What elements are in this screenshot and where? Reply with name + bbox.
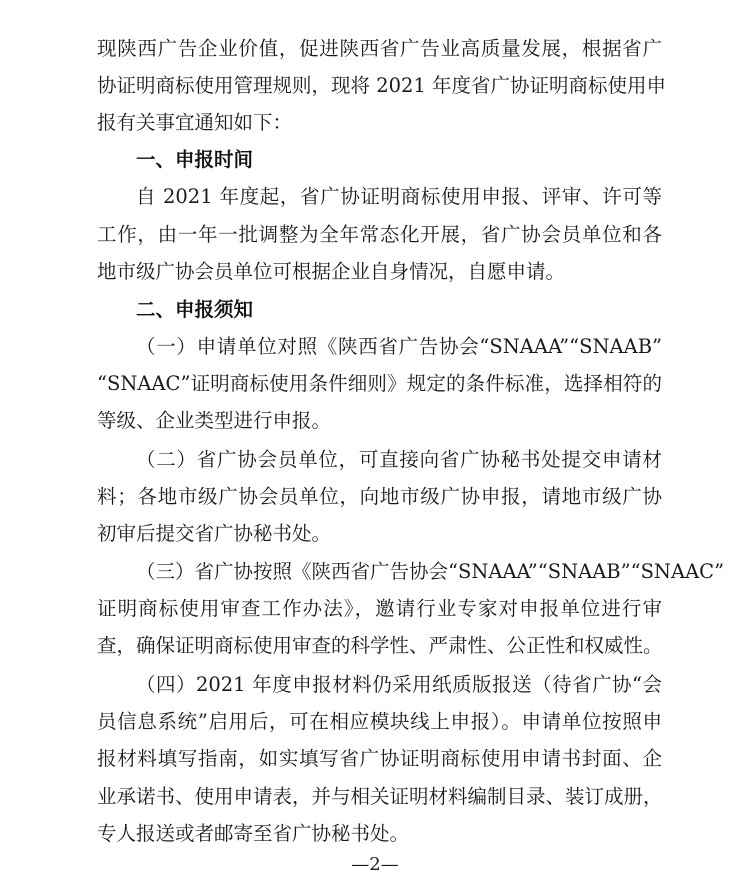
item2-line-2: 料；各地市级广协会员单位，向地市级广协申报，请地市级广协 (97, 482, 662, 512)
page-number: —2— (0, 852, 750, 878)
section-heading-application-notes: 二、申报须知 (136, 295, 253, 325)
item1-line-1: （一）申请单位对照《陕西省广告协会“SNAAA”“SNAAB” (136, 332, 662, 362)
intro-line-1: 现陕西广告企业价值，促进陕西省广告业高质量发展，根据省广 (97, 34, 662, 64)
item3-line-2: 证明商标使用审查工作办法》，邀请行业专家对申报单位进行审 (97, 594, 662, 624)
section1-line-1: 自 2021 年度起，省广协证明商标使用申报、评审、许可等 (136, 182, 662, 212)
item4-line-2: 员信息系统”启用后，可在相应模块线上申报）。申请单位按照申 (97, 707, 662, 737)
item2-line-3: 初审后提交省广协秘书处。 (97, 519, 662, 549)
item3-line-3: 查，确保证明商标使用审查的科学性、严肃性、公正性和权威性。 (97, 631, 662, 661)
item4-line-4: 业承诺书、使用申请表，并与相关证明材料编制目录、装订成册， (97, 782, 662, 812)
document-page: 现陕西广告企业价值，促进陕西省广告业高质量发展，根据省广 协证明商标使用管理规则… (0, 0, 750, 885)
item1-line-3: 等级、企业类型进行申报。 (97, 406, 662, 436)
section1-line-3: 地市级广协会员单位可根据企业自身情况，自愿申请。 (97, 257, 662, 287)
intro-line-3: 报有关事宜通知如下： (97, 108, 662, 138)
section-heading-application-time: 一、申报时间 (136, 145, 253, 175)
item1-line-2: “SNAAC”证明商标使用条件细则》规定的条件标准，选择相符的 (97, 369, 662, 399)
intro-line-2: 协证明商标使用管理规则，现将 2021 年度省广协证明商标使用申 (97, 71, 662, 101)
item3-line-1: （三）省广协按照《陕西省广告协会“SNAAA”“SNAAB”“SNAAC” (136, 557, 662, 587)
item4-line-5: 专人报送或者邮寄至省广协秘书处。 (97, 819, 662, 849)
item2-line-1: （二）省广协会员单位，可直接向省广协秘书处提交申请材 (136, 445, 662, 475)
section1-line-2: 工作，由一年一批调整为全年常态化开展，省广协会员单位和各 (97, 220, 662, 250)
item4-line-1: （四）2021 年度申报材料仍采用纸质版报送（待省广协“会 (136, 670, 662, 700)
item4-line-3: 报材料填写指南，如实填写省广协证明商标使用申请书封面、企 (97, 744, 662, 774)
